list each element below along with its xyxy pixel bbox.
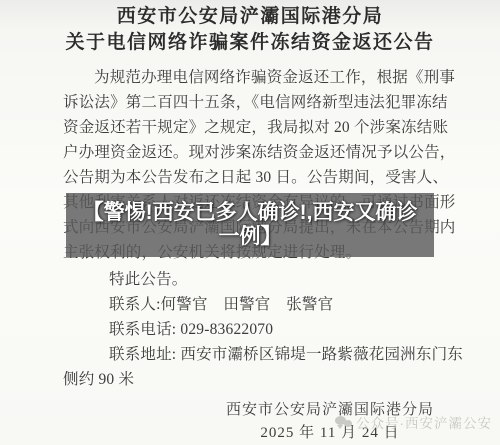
watermark: 公众号·西安浐灞公安 (335, 412, 492, 432)
contact-address-line-2: 侧约 90 米 (63, 367, 440, 392)
document-title-line-2: 关于电信网络诈骗案件冻结资金返还公告 (0, 30, 500, 56)
document-title: 西安市公安局浐灞国际港分局 关于电信网络诈骗案件冻结资金返还公告 (0, 0, 500, 56)
notice-photo: 西安市公安局浐灞国际港分局 关于电信网络诈骗案件冻结资金返还公告 为规范办理电信… (0, 0, 500, 445)
caption-overlay-band: 【警惕!西安已多人确诊!,西安又确诊 一例】 (66, 193, 434, 257)
body-line: 户办理资金返还。现对涉案冻结资金返还情况予以公告， (63, 140, 440, 165)
contact-phone: 联系电话: 029-83622070 (109, 317, 440, 342)
contact-block: 特此公告。 联系人:何警官 田警官 张警官 联系电话: 029-83622070… (63, 267, 440, 392)
body-line: 诉讼法》第二百四十五条，《电信网络新型违法犯罪冻结 (63, 90, 440, 115)
closing-line: 特此公告。 (109, 267, 440, 292)
caption-line-1: 【警惕!西安已多人确诊!,西安又确诊 (83, 201, 418, 225)
document-title-line-1: 西安市公安局浐灞国际港分局 (0, 4, 500, 30)
watermark-text: 公众号·西安浐灞公安 (356, 412, 492, 432)
caption-line-2: 一例】 (219, 225, 282, 249)
wechat-icon (335, 415, 352, 430)
body-line: 为规范办理电信网络诈骗资金返还工作，根据《刑事 (63, 65, 440, 90)
contact-persons: 联系人:何警官 田警官 张警官 (109, 292, 440, 317)
body-line: 公告期为本公告发布之日起 30 日。公告期间，受害人、 (63, 165, 440, 190)
body-line: 资金返还若干规定》之规定，我局拟对 20 个涉案冻结账 (63, 115, 440, 140)
contact-address-line-1: 联系地址: 西安市灞桥区锦堤一路紫薇花园洲东门东 (109, 342, 440, 367)
